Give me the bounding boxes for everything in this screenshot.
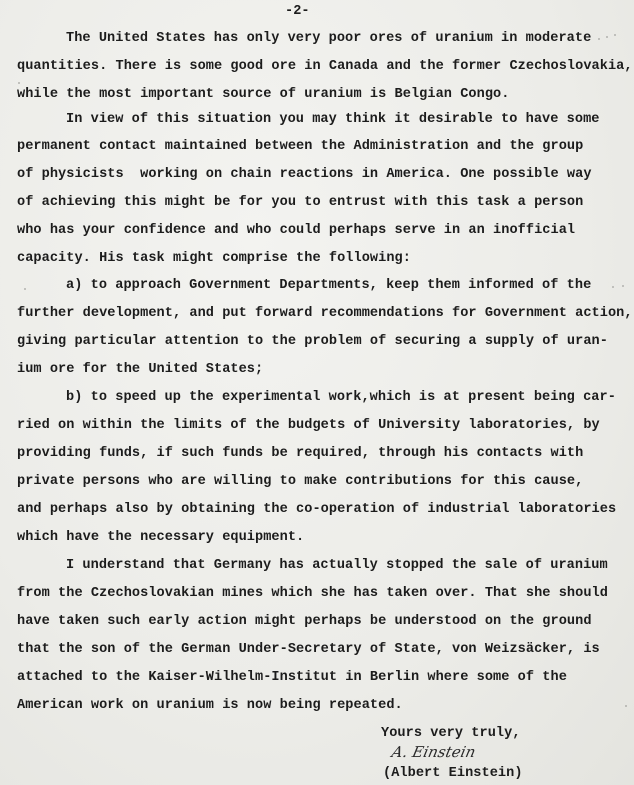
text-line: providing funds, if such funds be requir… [17, 446, 583, 462]
paper-speck [606, 36, 608, 38]
text-line: that the son of the German Under-Secreta… [17, 642, 600, 658]
text-line: of physicists working on chain reactions… [17, 167, 592, 183]
text-line: ried on within the limits of the budgets… [17, 418, 600, 434]
text-line: quantities. There is some good ore in Ca… [17, 59, 633, 75]
text-line: which have the necessary equipment. [17, 530, 304, 546]
paper-speck [24, 288, 26, 290]
paper-speck [18, 82, 20, 84]
paper-speck [614, 34, 616, 36]
letter-page: -2- The United States has only very poor… [0, 0, 634, 785]
paper-speck [612, 286, 614, 288]
text-line: The United States has only very poor ore… [66, 31, 591, 47]
text-line: and perhaps also by obtaining the co-ope… [17, 502, 616, 518]
text-line: American work on uranium is now being re… [17, 698, 403, 714]
text-line: capacity. His task might comprise the fo… [17, 251, 411, 267]
paper-speck [625, 705, 627, 707]
text-line: of achieving this might be for you to en… [17, 195, 583, 211]
text-line: permanent contact maintained between the… [17, 139, 583, 155]
text-line: attached to the Kaiser-Wilhelm-Institut … [17, 670, 567, 686]
text-line: giving particular attention to the probl… [17, 334, 608, 350]
text-line: ium ore for the United States; [17, 362, 263, 378]
text-line: a) to approach Government Departments, k… [66, 278, 591, 294]
text-line: while the most important source of urani… [17, 87, 509, 103]
text-line: b) to speed up the experimental work,whi… [66, 390, 616, 406]
handwritten-signature: A. Einstein [390, 743, 477, 761]
paper-speck [598, 38, 600, 40]
paper-speck [622, 285, 624, 287]
text-line: have taken such early action might perha… [17, 614, 592, 630]
closing-salutation: Yours very truly, [381, 726, 521, 741]
page-number: -2- [285, 4, 310, 19]
text-line: I understand that Germany has actually s… [66, 558, 608, 574]
text-line: In view of this situation you may think … [66, 112, 600, 128]
text-line: further development, and put forward rec… [17, 306, 633, 322]
text-line: private persons who are willing to make … [17, 474, 583, 490]
text-line: from the Czechoslovakian mines which she… [17, 586, 608, 602]
text-line: who has your confidence and who could pe… [17, 223, 575, 239]
signatory-name: (Albert Einstein) [383, 766, 523, 781]
